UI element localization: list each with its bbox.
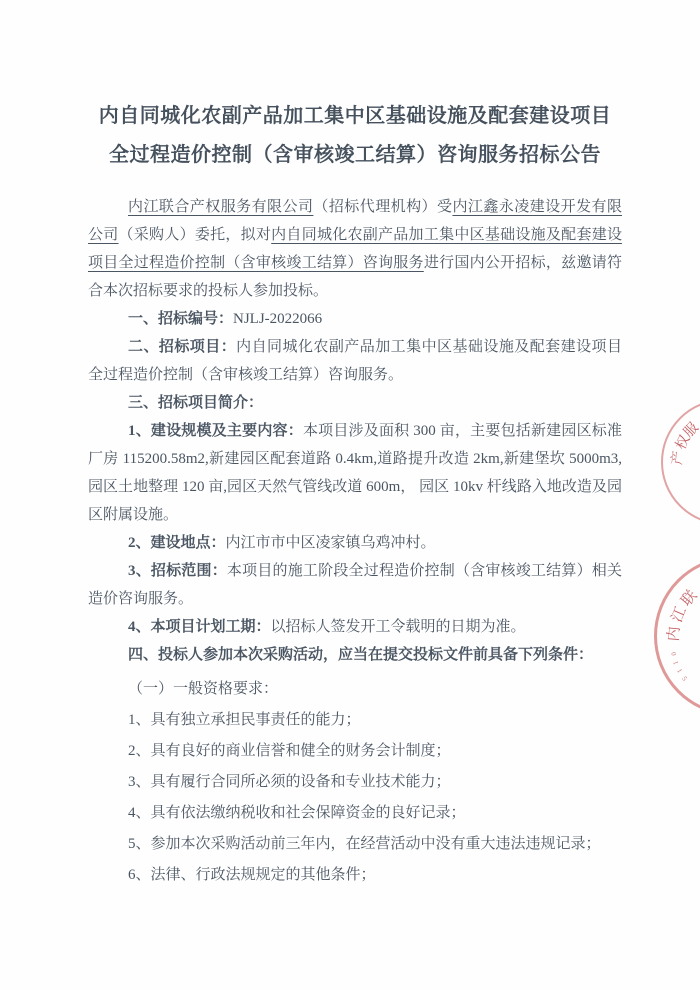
section-label: 一、招标编号： (128, 311, 233, 327)
subsection-label: （一）一般资格要求： (128, 681, 278, 697)
requirement-item-5: 5、参加本次采购活动前三年内，在经营活动中没有重大违法违规记录； (88, 830, 622, 858)
seal-serial-digit: 1 (671, 660, 679, 666)
official-seal-stamp-bottom: 内 江 联 5 1 1 0 (654, 556, 700, 716)
seal-serial-digit: 5 (680, 675, 688, 682)
item-label: 2、建设地点： (128, 535, 226, 551)
plain-text-run: （招标代理机构）受 (313, 199, 452, 215)
section-tender-project: 二、招标项目：内自同城化农副产品加工集中区基础设施及配套建设项目全过程造价控制（… (88, 333, 622, 389)
underlined-text-run: 内江联合产权服务有限公司 (128, 199, 313, 215)
item-value: 以招标人签发开工令载明的日期为准。 (271, 619, 526, 635)
section-label: 二、招标项目： (128, 339, 236, 355)
document-body: 内自同城化农副产品加工集中区基础设施及配套建设项目 全过程造价控制（含审核竣工结… (88, 0, 622, 889)
seal-arc-character: 内 (667, 625, 683, 641)
official-seal-stamp-top: 产 权 服 (661, 399, 700, 525)
requirement-item-2: 2、具有良好的商业信誉和健全的财务会计制度； (88, 737, 622, 765)
section-tender-number: 一、招标编号：NJLJ-2022066 (88, 305, 622, 333)
item-label: 4、本项目计划工期： (128, 619, 271, 635)
seal-arc-character: 江 (670, 605, 690, 625)
section-label: 三、招标项目简介： (128, 395, 263, 411)
document-title: 内自同城化农副产品加工集中区基础设施及配套建设项目 全过程造价控制（含审核竣工结… (88, 97, 622, 175)
title-line-2: 全过程造价控制（含审核竣工结算）咨询服务招标公告 (88, 136, 622, 175)
subsection-general-qualifications: （一）一般资格要求： (88, 675, 622, 703)
section-value: NJLJ-2022066 (233, 311, 322, 327)
item-label: 3、招标范围： (128, 563, 227, 579)
plain-text-run: （采购人）委托，拟对 (119, 227, 272, 243)
seal-arc-character: 产 (671, 450, 687, 466)
requirement-item-3: 3、具有履行合同所必须的设备和专业技术能力； (88, 768, 622, 796)
item-construction-site: 2、建设地点：内江市市中区凌家镇乌鸡冲村。 (88, 529, 622, 557)
intro-paragraph: 内江联合产权服务有限公司（招标代理机构）受内江鑫永凌建设开发有限公司（采购人）委… (88, 193, 622, 305)
requirement-item-4: 4、具有依法缴纳税收和社会保障资金的良好记录； (88, 799, 622, 827)
seal-arc-character: 联 (679, 589, 700, 610)
section-project-intro-heading: 三、招标项目简介： (88, 389, 622, 417)
item-tender-scope: 3、招标范围：本项目的施工阶段全过程造价控制（含审核竣工结算）相关造价咨询服务。 (88, 557, 622, 613)
section-label: 四、投标人参加本次采购活动，应当在提交投标文件前具备下列条件： (128, 647, 593, 663)
document-page: 内自同城化农副产品加工集中区基础设施及配套建设项目 全过程造价控制（含审核竣工结… (0, 0, 700, 990)
section-bidder-conditions-heading: 四、投标人参加本次采购活动，应当在提交投标文件前具备下列条件： (88, 641, 622, 669)
item-value: 内江市市中区凌家镇乌鸡冲村。 (226, 535, 436, 551)
requirement-item-6: 6、法律、行政法规规定的其他条件； (88, 861, 622, 889)
seal-serial-digit: 1 (675, 668, 683, 674)
title-line-1: 内自同城化农副产品加工集中区基础设施及配套建设项目 (88, 97, 622, 136)
item-label: 1、建设规模及主要内容： (128, 423, 303, 439)
seal-serial-digit: 0 (669, 651, 677, 656)
item-planned-duration: 4、本项目计划工期：以招标人签发开工令载明的日期为准。 (88, 613, 622, 641)
requirement-item-1: 1、具有独立承担民事责任的能力； (88, 706, 622, 734)
item-construction-scale: 1、建设规模及主要内容：本项目涉及面积 300 亩，主要包括新建园区标准厂房 1… (88, 417, 622, 529)
